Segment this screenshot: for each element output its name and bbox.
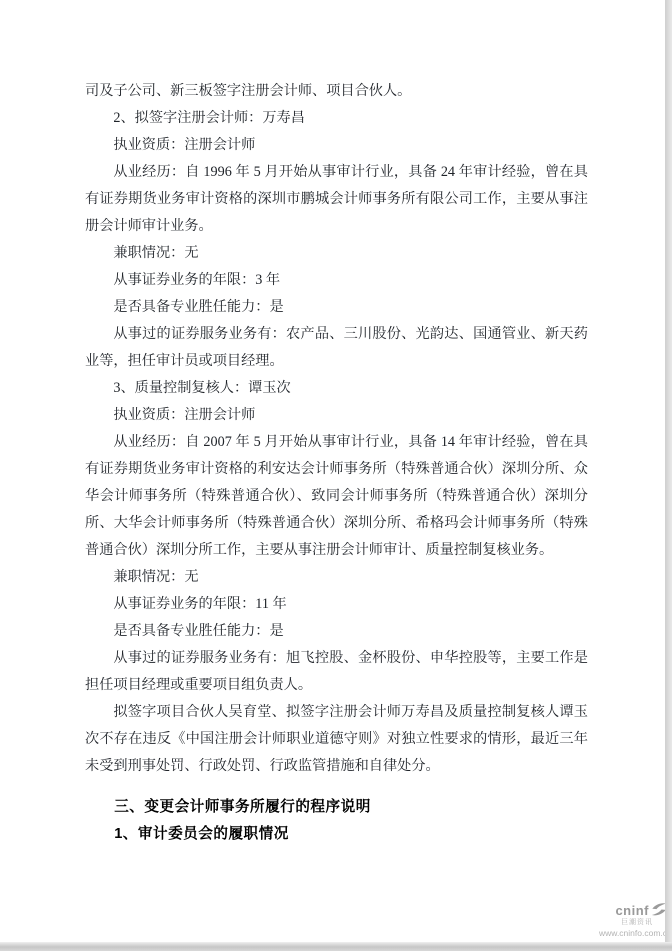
paragraph: 从业经历：自 1996 年 5 月开始从事审计行业，具备 24 年审计经验，曾在… — [85, 159, 588, 240]
page-edge-right — [665, 0, 672, 951]
paragraph: 兼职情况：无 — [85, 240, 588, 267]
paragraph: 是否具备专业胜任能力：是 — [85, 294, 588, 321]
paragraph: 1、审计委员会的履职情况 — [85, 821, 588, 848]
paragraph: 拟签字项目合伙人吴育堂、拟签字注册会计师万寿昌及质量控制复核人谭玉次不存在违反《… — [85, 699, 588, 780]
paragraph: 从事过的证券服务业务有：农产品、三川股份、光韵达、国通管业、新天药业等，担任审计… — [85, 321, 588, 375]
cninfo-watermark: cninf 巨潮资讯 www.cninfo.com.cn — [599, 902, 667, 938]
page-edge-bottom — [0, 942, 672, 951]
paragraph: 从事证券业务的年限：11 年 — [85, 591, 588, 618]
paragraph: 3、质量控制复核人：谭玉次 — [85, 375, 588, 402]
cninfo-logo-text: cninf — [615, 904, 649, 917]
paragraph: 2、拟签字注册会计师：万寿昌 — [85, 105, 588, 132]
paragraph: 执业资质：注册会计师 — [85, 132, 588, 159]
paragraph: 是否具备专业胜任能力：是 — [85, 618, 588, 645]
paragraph: 从业经历：自 2007 年 5 月开始从事审计行业，具备 14 年审计经验，曾在… — [85, 429, 588, 564]
cninfo-subtitle: 巨潮资讯 — [599, 919, 667, 926]
paragraph: 兼职情况：无 — [85, 564, 588, 591]
document-page: 司及子公司、新三板签字注册会计师、项目合伙人。 2、拟签字注册会计师：万寿昌 执… — [0, 0, 672, 951]
paragraph: 执业资质：注册会计师 — [85, 402, 588, 429]
paragraph: 从事过的证券服务业务有：旭飞控股、金杯股份、申华控股等，主要工作是担任项目经理或… — [85, 645, 588, 699]
cninfo-logo: cninf — [599, 902, 667, 917]
paragraph: 三、变更会计师事务所履行的程序说明 — [85, 794, 588, 821]
cninfo-url: www.cninfo.com.cn — [599, 929, 667, 938]
document-body: 司及子公司、新三板签字注册会计师、项目合伙人。 2、拟签字注册会计师：万寿昌 执… — [85, 78, 588, 848]
paragraph: 司及子公司、新三板签字注册会计师、项目合伙人。 — [85, 78, 588, 105]
paragraph: 从事证券业务的年限：3 年 — [85, 267, 588, 294]
